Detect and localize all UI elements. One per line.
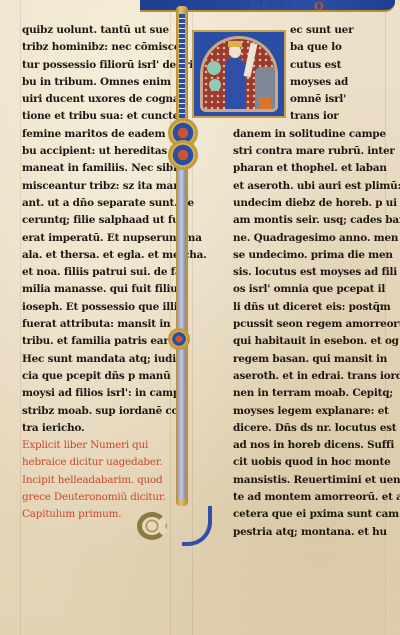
text-line: cetera que ei pxima sunt cam <box>233 506 383 523</box>
rubric-line: Explicit liber Numeri qui <box>22 437 172 454</box>
text-line: ec sunt uer <box>290 22 383 39</box>
text-line: omnē isrl' <box>290 91 383 108</box>
text-line: pcussit seon regem amorreorū. <box>233 316 383 333</box>
text-line: et noa. filiis patrui sui. de fa <box>22 264 172 281</box>
text-line: danem in solitudine campe <box>233 126 383 143</box>
text-line: ant. ut a dño separate sunt. Fe <box>22 195 172 212</box>
text-line: moyses ad <box>290 74 383 91</box>
text-line: sis. locutus est moyses ad fili <box>233 264 383 281</box>
text-line: milia manasse. qui fuit filius <box>22 281 172 298</box>
tail-flourish <box>182 506 212 546</box>
text-line: bu in tribum. Omnes enim <box>22 74 172 91</box>
text-line: cutus est <box>290 57 383 74</box>
text-line: cia que pcepit dñs p manū <box>22 368 172 385</box>
running-head-red: O <box>314 0 326 13</box>
running-head-blue: DEVTER <box>250 0 314 13</box>
text-line: undecim diebz de horeb. p ui <box>233 195 383 212</box>
text-line: te ad montem amorreorū. et ad <box>233 489 383 506</box>
text-line: pestria atq; montana. et hu <box>233 524 383 541</box>
text-line: ba que lo <box>290 39 383 56</box>
rubric-line: hebraice dicitur uagedaber. <box>22 454 172 471</box>
initial-stem-blue-band <box>179 14 185 134</box>
text-beside-initial: ec sunt uer ba que lo cutus est moyses a… <box>290 22 383 126</box>
text-line: tione et tribu sua: et cuncte <box>22 108 172 125</box>
text-line: ne. Quadragesimo anno. men <box>233 230 383 247</box>
text-line: quibz uolunt. tantū ut sue <box>22 22 172 39</box>
right-column: ec sunt uer ba que lo cutus est moyses a… <box>233 22 383 541</box>
text-line: stribz moab. sup iordanē con <box>22 403 172 420</box>
text-line: et aseroth. ubi auri est plimū: <box>233 178 383 195</box>
text-line: cit uobis quod in hoc monte <box>233 454 383 471</box>
text-line: misceantur tribz: sz ita mane <box>22 178 172 195</box>
text-line: tra iericho. <box>22 420 172 437</box>
text-line: mansistis. Reuertimini et ueni <box>233 472 383 489</box>
text-line: regem basan. qui mansit in <box>233 351 383 368</box>
text-line: stri contra mare rubrū. inter <box>233 143 383 160</box>
running-head: DEVTERO <box>250 0 326 13</box>
rubric-line: grece Deuteronomiū dicitur. <box>22 489 172 506</box>
text-line: se undecimo. prima die men <box>233 247 383 264</box>
tree-icon <box>209 79 221 91</box>
knot-ornament <box>168 328 190 350</box>
text-line: femine maritos de eadem tri <box>22 126 172 143</box>
text-line: pharan et thophel. et laban <box>233 160 383 177</box>
text-line: fuerat attributa: mansit in <box>22 316 172 333</box>
text-line: aseroth. et in edrai. trans iorda <box>233 368 383 385</box>
text-line: moyses legem explanare: et <box>233 403 383 420</box>
text-line: ceruntq; filie salphaad ut fu <box>22 212 172 229</box>
text-line: tur possessio filiorū isrl' de tri <box>22 57 172 74</box>
text-line: qui habitauit in esebon. et og <box>233 333 383 350</box>
text-line: erat imperatū. Et nupserunt ma <box>22 230 172 247</box>
text-line: tribz hominibz: nec cōmisce <box>22 39 172 56</box>
ruling-line <box>20 0 21 635</box>
left-column: quibz uolunt. tantū ut sue tribz hominib… <box>22 22 172 524</box>
text-line: dicere. Dñs ds nr. locutus est <box>233 420 383 437</box>
text-line: am montis seir. usq; cades bar <box>233 212 383 229</box>
curl-flourish <box>137 512 167 540</box>
text-line: li dñs ut diceret eis: postq̄m <box>233 299 383 316</box>
text-line: moysi ad filios isrl': in campe <box>22 385 172 402</box>
rubric-line: Incipit helleadabarim. quod <box>22 472 172 489</box>
text-line: ala. et thersa. et egla. et melcha. <box>22 247 172 264</box>
knot-ornament <box>168 140 198 170</box>
text-line: nen in terram moab. Cepitq; <box>233 385 383 402</box>
text-line: Hec sunt mandata atq; iudi <box>22 351 172 368</box>
text-line: maneat in familiis. Nec sibi <box>22 160 172 177</box>
tree-icon <box>207 61 221 75</box>
text-line: os isrl' omnia que pcepat il <box>233 281 383 298</box>
text-line: ad nos in horeb dicens. Suffi <box>233 437 383 454</box>
text-line: trans ior <box>290 108 383 125</box>
text-line: ioseph. Et possessio que illis <box>22 299 172 316</box>
manuscript-page: DEVTERO quibz uolunt. tantū ut sue tribz… <box>0 0 400 635</box>
text-line: bu accipient: ut hereditas p <box>22 143 172 160</box>
text-line: tribu. et familia patris earū. <box>22 333 172 350</box>
text-line: uiri ducent uxores de cogna <box>22 91 172 108</box>
